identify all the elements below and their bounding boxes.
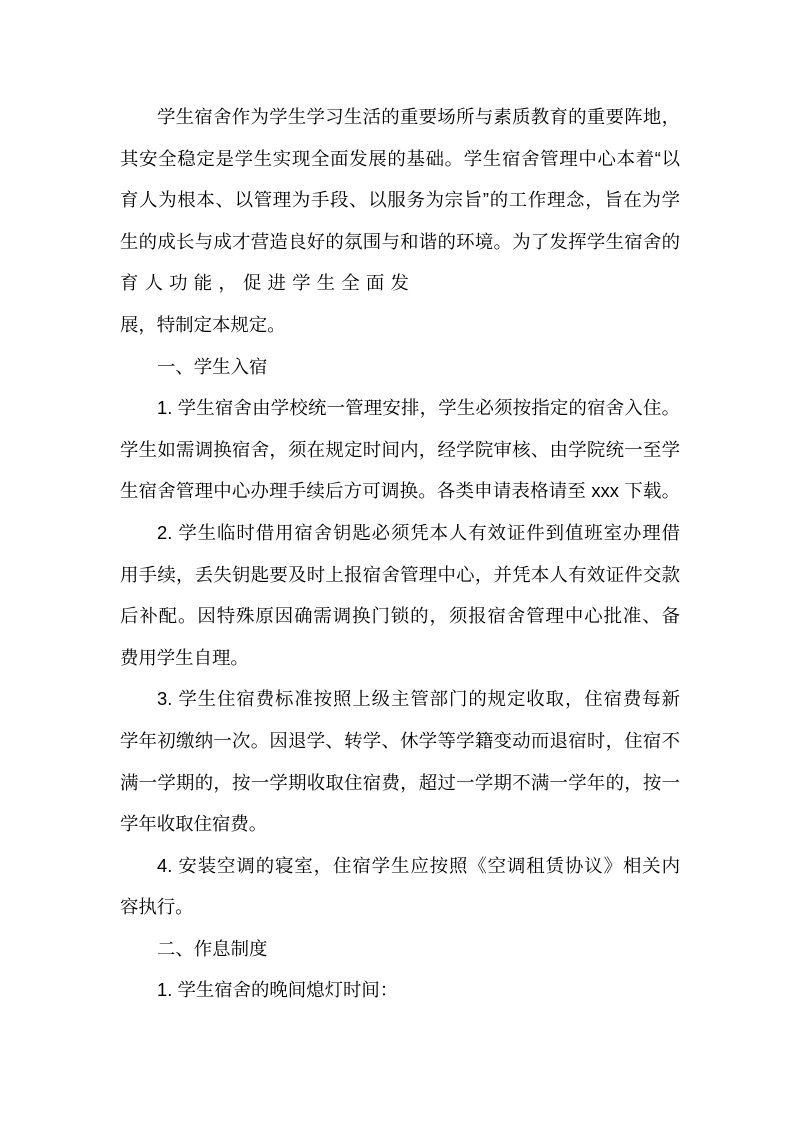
paragraph: 4. 安装空调的寝室，住宿学生应按照《空调租赁协议》相关内容执行。 — [120, 845, 680, 928]
text-line: 育人为根本、以管理为手段、以服务为宗旨”的工作理念，旨在为学 — [120, 179, 680, 221]
text-line: 容执行。 — [120, 886, 680, 928]
paragraph: 1. 学生宿舍的晚间熄灯时间： — [120, 969, 680, 1011]
text-line: 3. 学生住宿费标准按照上级主管部门的规定收取，住宿费每新 — [120, 678, 680, 720]
text-line: 育人功能，促进学生全面发 — [120, 262, 680, 304]
text-line: 学年收取住宿费。 — [120, 803, 680, 845]
text-line: 后补配。因特殊原因确需调换门锁的，须报宿舍管理中心批准、备案。 — [120, 595, 680, 637]
section-heading: 一、学生入宿 — [120, 346, 680, 388]
text-line: 生宿舍管理中心办理手续后方可调换。各类申请表格请至 xxx 下载。 — [120, 470, 680, 512]
text-line: 学生宿舍作为学生学习生活的重要场所与素质教育的重要阵地， — [120, 96, 680, 138]
text-line: 学年初缴纳一次。因退学、转学、休学等学籍变动而退宿时，住宿不 — [120, 720, 680, 762]
text-line: 1. 学生宿舍由学校统一管理安排，学生必须按指定的宿舍入住。 — [120, 387, 680, 429]
text-line: 4. 安装空调的寝室，住宿学生应按照《空调租赁协议》相关内 — [120, 845, 680, 887]
document-content: 学生宿舍作为学生学习生活的重要场所与素质教育的重要阵地，其安全稳定是学生实现全面… — [120, 96, 680, 1011]
text-line: 展，特制定本规定。 — [120, 304, 680, 346]
text-line: 1. 学生宿舍的晚间熄灯时间： — [120, 969, 680, 1011]
paragraph: 3. 学生住宿费标准按照上级主管部门的规定收取，住宿费每新学年初缴纳一次。因退学… — [120, 678, 680, 844]
text-line: 满一学期的，按一学期收取住宿费，超过一学期不满一学年的，按一 — [120, 762, 680, 804]
document-page: 学生宿舍作为学生学习生活的重要场所与素质教育的重要阵地，其安全稳定是学生实现全面… — [0, 0, 793, 1122]
text-line: 其安全稳定是学生实现全面发展的基础。学生宿舍管理中心本着“以 — [120, 138, 680, 180]
paragraph: 学生宿舍作为学生学习生活的重要场所与素质教育的重要阵地，其安全稳定是学生实现全面… — [120, 96, 680, 346]
text-line: 2. 学生临时借用宿舍钥匙必须凭本人有效证件到值班室办理借 — [120, 512, 680, 554]
paragraph: 1. 学生宿舍由学校统一管理安排，学生必须按指定的宿舍入住。学生如需调换宿舍，须… — [120, 387, 680, 512]
text-line: 学生如需调换宿舍，须在规定时间内，经学院审核、由学院统一至学 — [120, 429, 680, 471]
text-line: 一、学生入宿 — [120, 346, 680, 388]
text-line: 费用学生自理。 — [120, 637, 680, 679]
text-line: 生的成长与成才营造良好的氛围与和谐的环境。为了发挥学生宿舍的 — [120, 221, 680, 263]
text-line: 二、作息制度 — [120, 928, 680, 970]
paragraph: 2. 学生临时借用宿舍钥匙必须凭本人有效证件到值班室办理借用手续，丢失钥匙要及时… — [120, 512, 680, 678]
text-line: 用手续，丢失钥匙要及时上报宿舍管理中心，并凭本人有效证件交款 — [120, 554, 680, 596]
section-heading: 二、作息制度 — [120, 928, 680, 970]
